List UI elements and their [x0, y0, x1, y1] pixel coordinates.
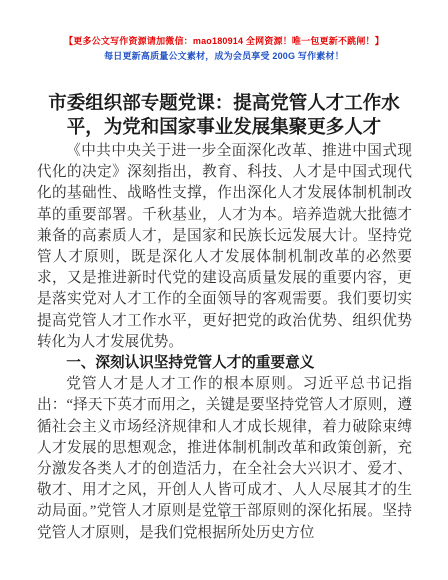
promo-banner: 【更多公文写作资源请加微信：mao180914 全网资源！唯一包更新不跳闸！】 …	[0, 34, 448, 64]
promo-line-red: 【更多公文写作资源请加微信：mao180914 全网资源！唯一包更新不跳闸！】	[0, 34, 448, 49]
promo-line-blue: 每日更新高质量公文素材，成为会员享受 200G 写作素材！	[0, 49, 448, 64]
page-number: — 1 —	[0, 510, 448, 522]
document-body: 《中共中央关于进一步全面深化改革、推进中国式现代化的决定》深刻指出，教育、科技、…	[37, 141, 412, 544]
document-title: 市委组织部专题党课：提高党管人才工作水平，为党和国家事业发展集聚更多人才	[34, 92, 414, 140]
section-heading-1: 一、深刻认识坚持党管人才的重要意义	[37, 353, 412, 374]
paragraph-1: 《中共中央关于进一步全面深化改革、推进中国式现代化的决定》深刻指出，教育、科技、…	[37, 141, 412, 353]
document-page: 【更多公文写作资源请加微信：mao180914 全网资源！唯一包更新不跳闸！】 …	[0, 0, 448, 580]
